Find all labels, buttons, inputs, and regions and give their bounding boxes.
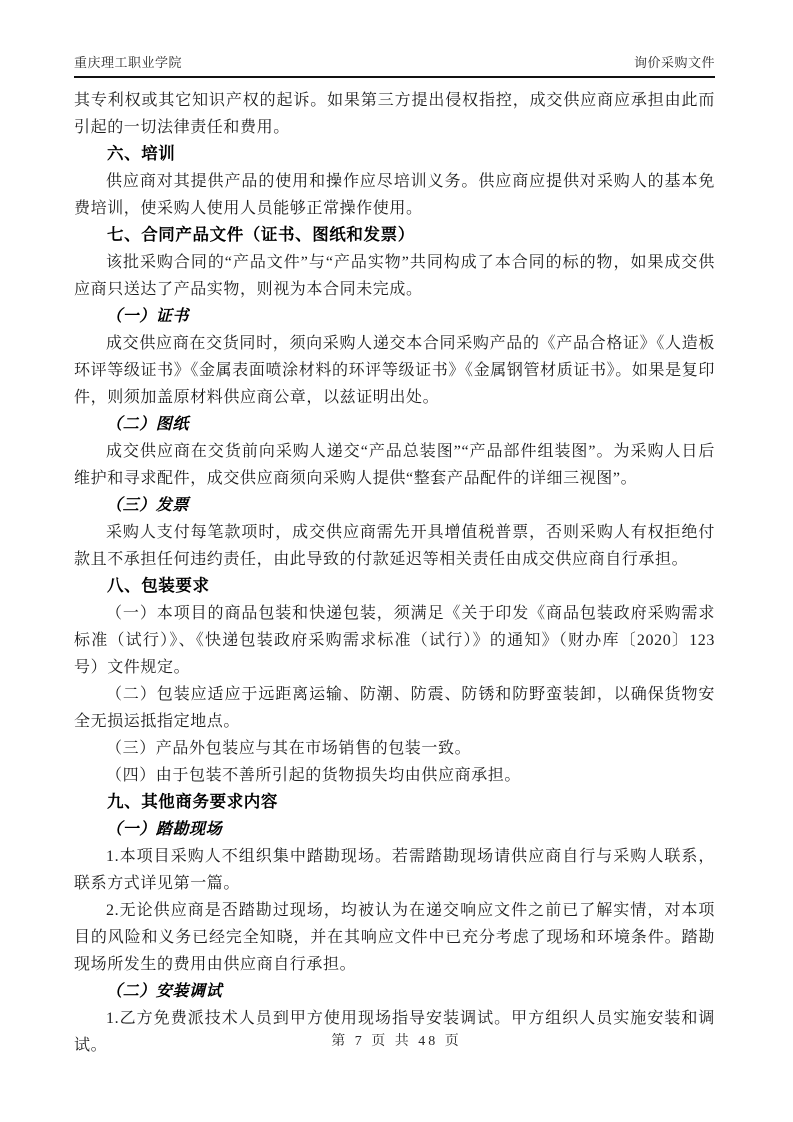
header-doc-type: 询价采购文件 (634, 52, 715, 71)
section-heading-8-packaging: 八、包装要求 (74, 573, 715, 600)
paragraph: 成交供应商在交货前向采购人递交“产品总装图”“产品部件组装图”。为采购人日后维护… (74, 438, 715, 492)
paragraph-continuation: 其专利权或其它知识产权的起诉。如果第三方提出侵权指控，成交供应商应承担由此而引起… (74, 87, 715, 141)
paragraph: 采购人支付每笔款项时，成交供应商需先开具增值税普票，否则采购人有权拒绝付款且不承… (74, 519, 715, 573)
page-footer: 第 7 页 共 48 页 (0, 1030, 793, 1050)
paragraph: 2.无论供应商是否踏勘过现场，均被认为在递交响应文件之前已了解实情，对本项目的风… (74, 897, 715, 978)
paragraph: （二）包装应适应于远距离运输、防潮、防震、防锈和防野蛮装卸，以确保货物安全无损运… (74, 681, 715, 735)
paragraph: （三）产品外包装应与其在市场销售的包装一致。 (74, 735, 715, 762)
subheading-site-survey: （一）踏勘现场 (74, 816, 715, 843)
paragraph: 成交供应商在交货同时，须向采购人递交本合同采购产品的《产品合格证》《人造板环评等… (74, 330, 715, 411)
paragraph: （四）由于包装不善所引起的货物损失均由供应商承担。 (74, 762, 715, 789)
paragraph: （一）本项目的商品包装和快递包装，须满足《关于印发《商品包装政府采购需求标准（试… (74, 600, 715, 681)
subheading-installation-commissioning: （二）安装调试 (74, 978, 715, 1005)
section-heading-7-contract-product-docs: 七、合同产品文件（证书、图纸和发票） (74, 222, 715, 249)
paragraph: 1.本项目采购人不组织集中踏勘现场。若需踏勘现场请供应商自行与采购人联系，联系方… (74, 843, 715, 897)
subheading-certificate: （一）证书 (74, 303, 715, 330)
section-heading-9-other-business-requirements: 九、其他商务要求内容 (74, 789, 715, 816)
section-heading-6-training: 六、培训 (74, 141, 715, 168)
header-org-name: 重庆理工职业学院 (74, 52, 182, 71)
subheading-invoice: （三）发票 (74, 492, 715, 519)
page-header: 重庆理工职业学院 询价采购文件 (74, 52, 715, 78)
page-number: 第 7 页 共 48 页 (331, 1034, 462, 1049)
paragraph: 供应商对其提供产品的使用和操作应尽培训义务。供应商应提供对采购人的基本免费培训，… (74, 168, 715, 222)
document-body: 其专利权或其它知识产权的起诉。如果第三方提出侵权指控，成交供应商应承担由此而引起… (74, 87, 715, 1059)
document-page: 重庆理工职业学院 询价采购文件 其专利权或其它知识产权的起诉。如果第三方提出侵权… (0, 0, 793, 1122)
paragraph: 该批采购合同的“产品文件”与“产品实物”共同构成了本合同的标的物，如果成交供应商… (74, 249, 715, 303)
subheading-drawings: （二）图纸 (74, 411, 715, 438)
